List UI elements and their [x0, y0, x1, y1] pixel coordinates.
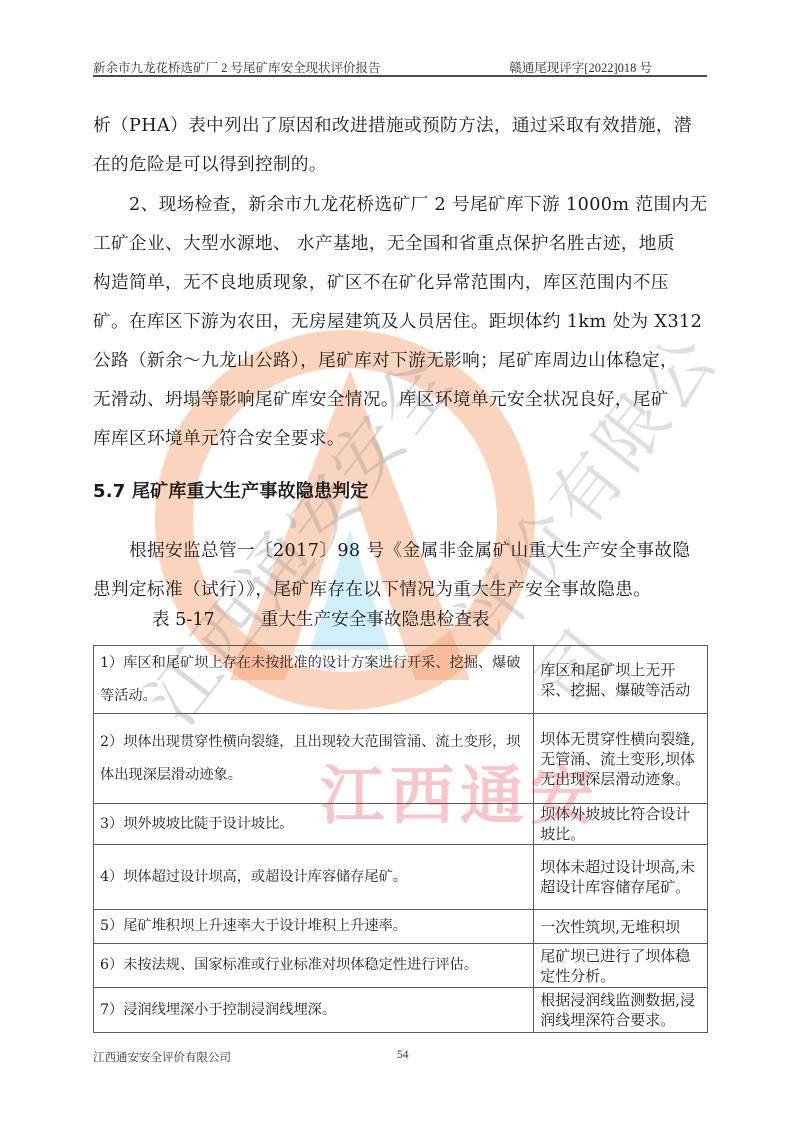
- table-title: 重大生产安全事故隐患检查表: [261, 610, 490, 630]
- table-cell-item: 3）坝外坡坡比陡于设计坡比。: [94, 804, 534, 845]
- text-line: 构造简单，无不良地质现象，矿区不在矿化异常范围内，库区范围内不压: [93, 264, 707, 303]
- text-line: 2、现场检查，新余市九龙花桥选矿厂 2 号尾矿库下游 1000m 范围内无: [93, 186, 707, 225]
- hazard-check-table: 1）库区和尾矿坝上存在未按批准的设计方案进行开采、挖掘、爆破等活动。 库区和尾矿…: [93, 645, 708, 1033]
- section-heading: 5.7 尾矿库重大生产事故隐患判定: [93, 477, 369, 503]
- table-row: 4）坝体超过设计坝高，或超设计库容储存尾矿。 坝体未超过设计坝高,未超设计库容储…: [94, 845, 708, 910]
- table-cell-item: 7）浸润线埋深小于控制浸润线埋深。: [94, 988, 534, 1033]
- paragraph-site-inspection: 2、现场检查，新余市九龙花桥选矿厂 2 号尾矿库下游 1000m 范围内无 工矿…: [93, 186, 707, 459]
- table-row: 6）未按法规、国家标准或行业标准对坝体稳定性进行评估。 尾矿坝已进行了坝体稳定性…: [94, 944, 708, 988]
- text-line: 工矿企业、大型水源地、 水产基地，无全国和省重点保护名胜古迹，地质: [93, 225, 707, 264]
- text-line: 析（PHA）表中列出了原因和改进措施或预防方法，通过采取有效措施，潜: [93, 107, 707, 146]
- table-cell-result: 坝体外坡坡比符合设计坡比。: [534, 804, 708, 845]
- table-row: 1）库区和尾矿坝上存在未按批准的设计方案进行开采、挖掘、爆破等活动。 库区和尾矿…: [94, 646, 708, 714]
- table-cell-item: 4）坝体超过设计坝高，或超设计库容储存尾矿。: [94, 845, 534, 910]
- report-title: 新余市九龙花桥选矿厂 2 号尾矿库安全现状评价报告: [93, 58, 381, 76]
- report-number: 赣通尾现评字[2022]018 号: [509, 58, 652, 76]
- table-cell-item: 1）库区和尾矿坝上存在未按批准的设计方案进行开采、挖掘、爆破等活动。: [94, 646, 534, 714]
- table-cell-result: 根据浸润线监测数据,浸润线埋深符合要求。: [534, 988, 708, 1033]
- page-footer: 江西通安安全评价有限公司 54: [93, 1049, 707, 1065]
- text-line: 库库区环境单元符合安全要求。: [93, 420, 707, 459]
- table-row: 5）尾矿堆积坝上升速率大于设计堆积上升速率。 一次性筑坝,无堆积坝: [94, 910, 708, 944]
- table-cell-item: 6）未按法规、国家标准或行业标准对坝体稳定性进行评估。: [94, 944, 534, 988]
- text-line: 根据安监总管一〔2017〕98 号《金属非金属矿山重大生产安全事故隐: [93, 532, 707, 571]
- table-row: 2）坝体出现贯穿性横向裂缝，且出现较大范围管涌、流土变形，坝体出现深层滑动迹象。…: [94, 714, 708, 804]
- text-line: 公路（新余～九龙山公路），尾矿库对下游无影响；尾矿库周边山体稳定，: [93, 342, 707, 381]
- table-caption: 表 5-17重大生产安全事故隐患检查表: [152, 606, 489, 631]
- table-cell-result: 坝体未超过设计坝高,未超设计库容储存尾矿。: [534, 845, 708, 910]
- paragraph-pha-conclusion: 析（PHA）表中列出了原因和改进措施或预防方法，通过采取有效措施，潜 在的危险是…: [93, 107, 707, 185]
- table-cell-result: 库区和尾矿坝上无开采、挖掘、爆破等活动: [534, 646, 708, 714]
- text-line: 在的危险是可以得到控制的。: [93, 146, 707, 185]
- header-divider: [93, 75, 707, 77]
- table-cell-item: 5）尾矿堆积坝上升速率大于设计堆积上升速率。: [94, 910, 534, 944]
- table-row: 7）浸润线埋深小于控制浸润线埋深。 根据浸润线监测数据,浸润线埋深符合要求。: [94, 988, 708, 1033]
- page-header: 新余市九龙花桥选矿厂 2 号尾矿库安全现状评价报告 赣通尾现评字[2022]01…: [93, 58, 707, 76]
- table-cell-result: 一次性筑坝,无堆积坝: [534, 910, 708, 944]
- table-cell-result: 坝体无贯穿性横向裂缝,无管涌、流土变形,坝体无出现深层滑动迹象。: [534, 714, 708, 804]
- table-cell-result: 尾矿坝已进行了坝体稳定性分析。: [534, 944, 708, 988]
- page-number: 54: [397, 1049, 409, 1061]
- text-line: 患判定标准（试行）》，尾矿库存在以下情况为重大生产安全事故隐患。: [93, 571, 707, 610]
- text-line: 矿。在库区下游为农田，无房屋建筑及人员居住。距坝体约 1km 处为 X312: [93, 303, 707, 342]
- table-row: 3）坝外坡坡比陡于设计坡比。 坝体外坡坡比符合设计坡比。: [94, 804, 708, 845]
- table-number: 表 5-17: [152, 610, 215, 630]
- table-cell-item: 2）坝体出现贯穿性横向裂缝，且出现较大范围管涌、流土变形，坝体出现深层滑动迹象。: [94, 714, 534, 804]
- paragraph-regulation-basis: 根据安监总管一〔2017〕98 号《金属非金属矿山重大生产安全事故隐 患判定标准…: [93, 532, 707, 610]
- text-line: 无滑动、坍塌等影响尾矿库安全情况。库区环境单元安全状况良好，尾矿: [93, 381, 707, 420]
- company-name: 江西通安安全评价有限公司: [93, 1052, 231, 1064]
